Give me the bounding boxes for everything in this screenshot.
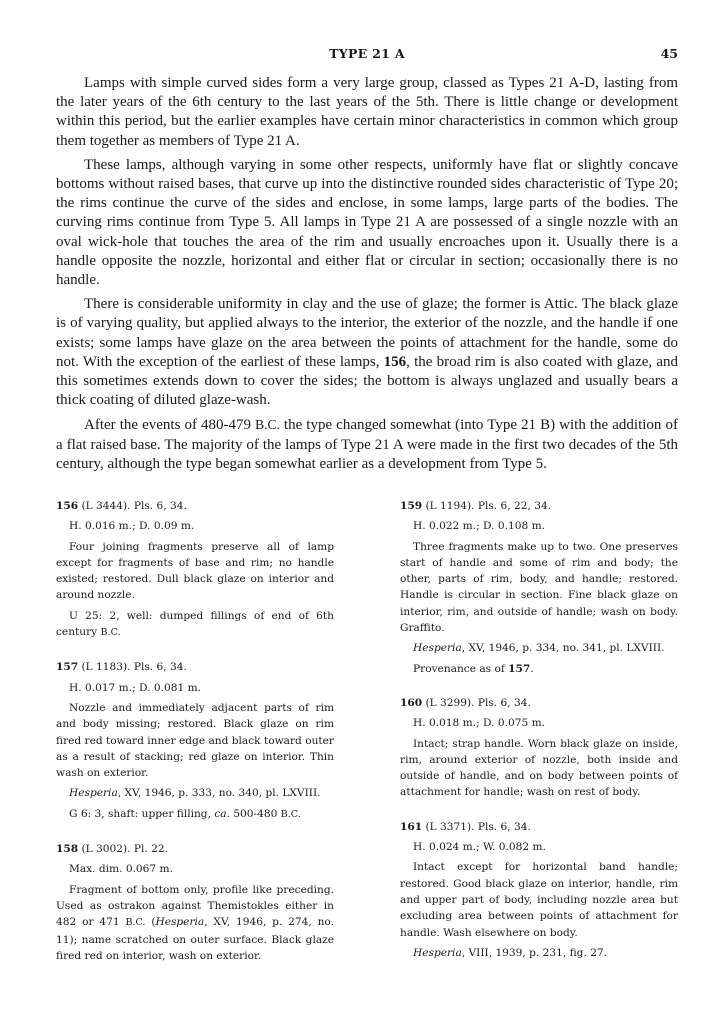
text-span: G 6: 3, shaft: upper filling, <box>69 808 214 820</box>
catalogue-column-right: 159 (L 1194). Pls. 6, 22, 34. H. 0.022 m… <box>400 498 678 982</box>
entry-description: Four joining fragments preserve all of l… <box>56 539 334 604</box>
text-span: . <box>530 663 533 675</box>
inventory-plates: (L 3299). Pls. 6, 34. <box>422 697 531 709</box>
text-span: 500-480 <box>230 808 281 820</box>
text-span: , XV, 1946, p. 333, no. 340, pl. LXVIII. <box>118 787 321 799</box>
entry-context: G 6: 3, shaft: upper filling, ca. 500-48… <box>56 806 334 823</box>
intro-paragraph-2: These lamps, although varying in some ot… <box>56 156 678 290</box>
entry-number: 160 <box>400 697 422 709</box>
page-number: 45 <box>661 46 678 61</box>
entry-dimensions: H. 0.022 m.; D. 0.108 m. <box>400 518 678 534</box>
entry-heading: 157 (L 1183). Pls. 6, 34. <box>56 659 334 675</box>
inventory-plates: (L 1194). Pls. 6, 22, 34. <box>422 500 551 512</box>
entry-bibliography: Hesperia, VIII, 1939, p. 231, fig. 27. <box>400 945 678 961</box>
entry-description: Intact; strap handle. Worn black glaze o… <box>400 736 678 801</box>
entry-description: Three fragments make up to two. One pres… <box>400 539 678 637</box>
catalogue-entry-161: 161 (L 3371). Pls. 6, 34. H. 0.024 m.; W… <box>400 819 678 961</box>
circa-abbrev: ca. <box>214 808 230 820</box>
text-span: U 25: 2, well: dumped fillings of end of… <box>56 610 334 638</box>
text-span: , VIII, 1939, p. 231, fig. 27. <box>462 947 607 959</box>
entry-number: 158 <box>56 843 78 855</box>
catalogue-column-left: 156 (L 3444). Pls. 6, 34. H. 0.016 m.; D… <box>56 498 334 982</box>
entry-dimensions: H. 0.018 m.; D. 0.075 m. <box>400 715 678 731</box>
entry-bibliography: Hesperia, XV, 1946, p. 334, no. 341, pl.… <box>400 640 678 656</box>
journal-title: Hesperia <box>69 787 118 799</box>
catalogue-entry-156: 156 (L 3444). Pls. 6, 34. H. 0.016 m.; D… <box>56 498 334 641</box>
entry-heading: 159 (L 1194). Pls. 6, 22, 34. <box>400 498 678 514</box>
entry-dimensions: H. 0.017 m.; D. 0.081 m. <box>56 680 334 696</box>
intro-paragraph-3: There is considerable uniformity in clay… <box>56 295 678 410</box>
era-abbrev: B.C. <box>281 809 301 820</box>
journal-title: Hesperia <box>413 642 462 654</box>
inventory-plates: (L 3444). Pls. 6, 34. <box>78 500 187 512</box>
text-span: Provenance as of <box>413 663 508 675</box>
inventory-plates: (L 3002). Pl. 22. <box>78 843 168 855</box>
cross-reference: 157 <box>508 663 530 675</box>
catalogue: 156 (L 3444). Pls. 6, 34. H. 0.016 m.; D… <box>56 498 678 982</box>
inventory-plates: (L 1183). Pls. 6, 34. <box>78 661 187 673</box>
catalogue-entry-157: 157 (L 1183). Pls. 6, 34. H. 0.017 m.; D… <box>56 659 334 823</box>
era-abbrev: B.C. <box>125 917 145 928</box>
entry-heading: 160 (L 3299). Pls. 6, 34. <box>400 695 678 711</box>
entry-context: U 25: 2, well: dumped fillings of end of… <box>56 608 334 642</box>
entry-heading: 156 (L 3444). Pls. 6, 34. <box>56 498 334 514</box>
journal-title: Hesperia <box>413 947 462 959</box>
era-abbrev: B.C. <box>101 627 121 638</box>
text-span: , XV, 1946, p. 334, no. 341, pl. LXVIII. <box>462 642 665 654</box>
entry-description: Nozzle and immediately adjacent parts of… <box>56 700 334 781</box>
entry-dimensions: H. 0.016 m.; D. 0.09 m. <box>56 518 334 534</box>
entry-description: Intact except for horizontal band handle… <box>400 859 678 940</box>
entry-heading: 161 (L 3371). Pls. 6, 34. <box>400 819 678 835</box>
entry-number: 159 <box>400 500 422 512</box>
entry-number: 156 <box>56 500 78 512</box>
journal-title: Hesperia <box>155 916 204 928</box>
entry-bibliography: Hesperia, XV, 1946, p. 333, no. 340, pl.… <box>56 785 334 801</box>
entry-dimensions: H. 0.024 m.; W. 0.082 m. <box>400 839 678 855</box>
entry-number: 161 <box>400 821 422 833</box>
era-abbrev: B.C. <box>255 417 280 432</box>
cross-reference: 156 <box>384 354 407 370</box>
intro-text: Lamps with simple curved sides form a ve… <box>56 74 678 474</box>
entry-dimensions: Max. dim. 0.067 m. <box>56 861 334 877</box>
entry-provenance: Provenance as of 157. <box>400 661 678 677</box>
entry-description: Fragment of bottom only, profile like pr… <box>56 882 334 964</box>
catalogue-entry-160: 160 (L 3299). Pls. 6, 34. H. 0.018 m.; D… <box>400 695 678 801</box>
running-title: TYPE 21 A <box>56 46 678 61</box>
catalogue-entry-159: 159 (L 1194). Pls. 6, 22, 34. H. 0.022 m… <box>400 498 678 677</box>
running-head: TYPE 21 A 45 <box>56 40 678 64</box>
intro-paragraph-1: Lamps with simple curved sides form a ve… <box>56 74 678 151</box>
text-span: ( <box>145 916 155 928</box>
text-span: After the events of 480-479 <box>84 417 255 433</box>
intro-paragraph-4: After the events of 480-479 B.C. the typ… <box>56 415 678 474</box>
entry-number: 157 <box>56 661 78 673</box>
page: TYPE 21 A 45 Lamps with simple curved si… <box>56 40 678 479</box>
entry-heading: 158 (L 3002). Pl. 22. <box>56 841 334 857</box>
catalogue-entry-158: 158 (L 3002). Pl. 22. Max. dim. 0.067 m.… <box>56 841 334 964</box>
inventory-plates: (L 3371). Pls. 6, 34. <box>422 821 531 833</box>
